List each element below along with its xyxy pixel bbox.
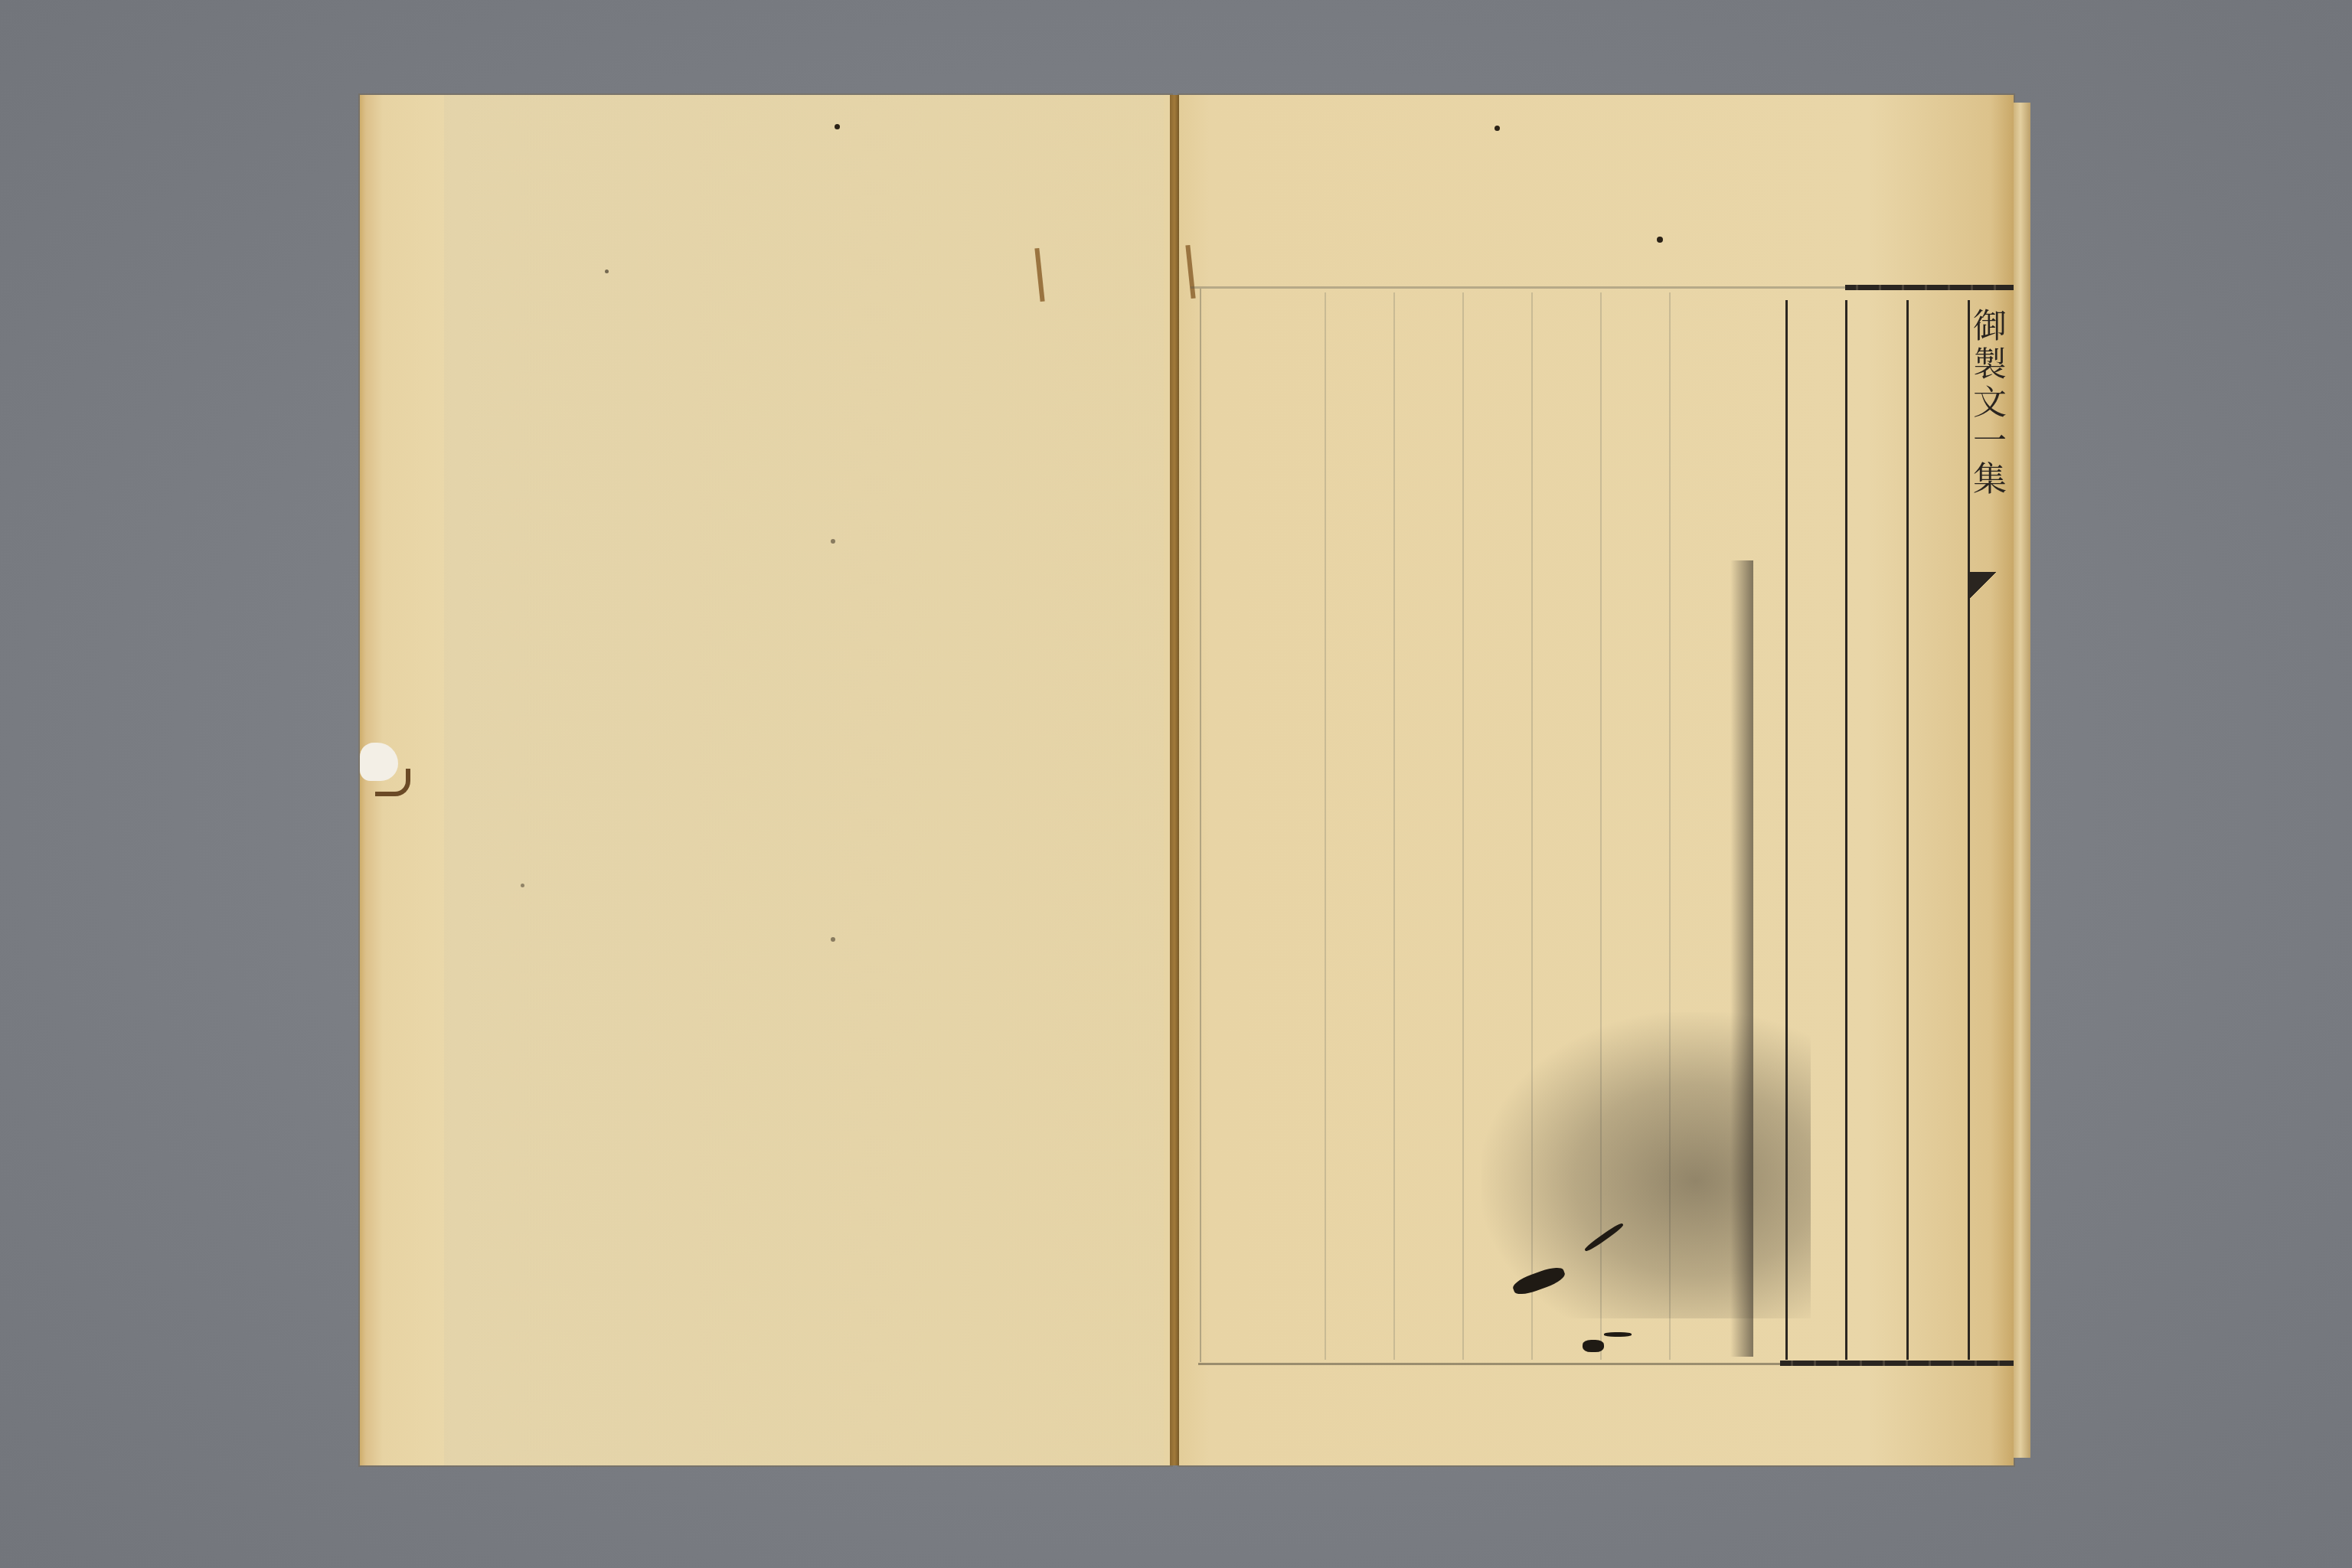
title-column: 御製文一集 <box>1962 308 2008 1334</box>
ink-blot <box>1604 1332 1632 1337</box>
speck <box>605 269 609 273</box>
title-column-text: 御製文一集 <box>1967 308 2006 499</box>
frame-left-border <box>1200 289 1201 1362</box>
ink-speck <box>1494 126 1500 131</box>
frame-bottom-border-faint <box>1198 1363 1780 1365</box>
speck <box>521 884 524 887</box>
frame-top-border-faint <box>1191 286 1845 289</box>
column-rule <box>1462 292 1464 1360</box>
column-rule-dark <box>1906 300 1909 1360</box>
book-gutter <box>1170 95 1179 1465</box>
speck <box>831 937 835 942</box>
left-page <box>360 95 1171 1465</box>
printed-frame: 御製文一集 <box>1191 285 2014 1366</box>
left-page-shading <box>444 95 1164 1465</box>
rubbed-ink-area <box>1481 1012 1811 1318</box>
worm-hole-stain <box>375 769 410 796</box>
frame-top-border <box>1845 285 2014 290</box>
ink-speck <box>835 124 840 129</box>
ink-speck <box>1657 237 1663 243</box>
page-fore-edge <box>2014 103 2030 1458</box>
column-rule-dark <box>1845 300 1847 1360</box>
column-rule <box>1325 292 1326 1360</box>
speck <box>831 539 835 544</box>
frame-bottom-border <box>1780 1361 2014 1366</box>
ink-blot <box>1583 1340 1604 1352</box>
column-rule <box>1393 292 1395 1360</box>
